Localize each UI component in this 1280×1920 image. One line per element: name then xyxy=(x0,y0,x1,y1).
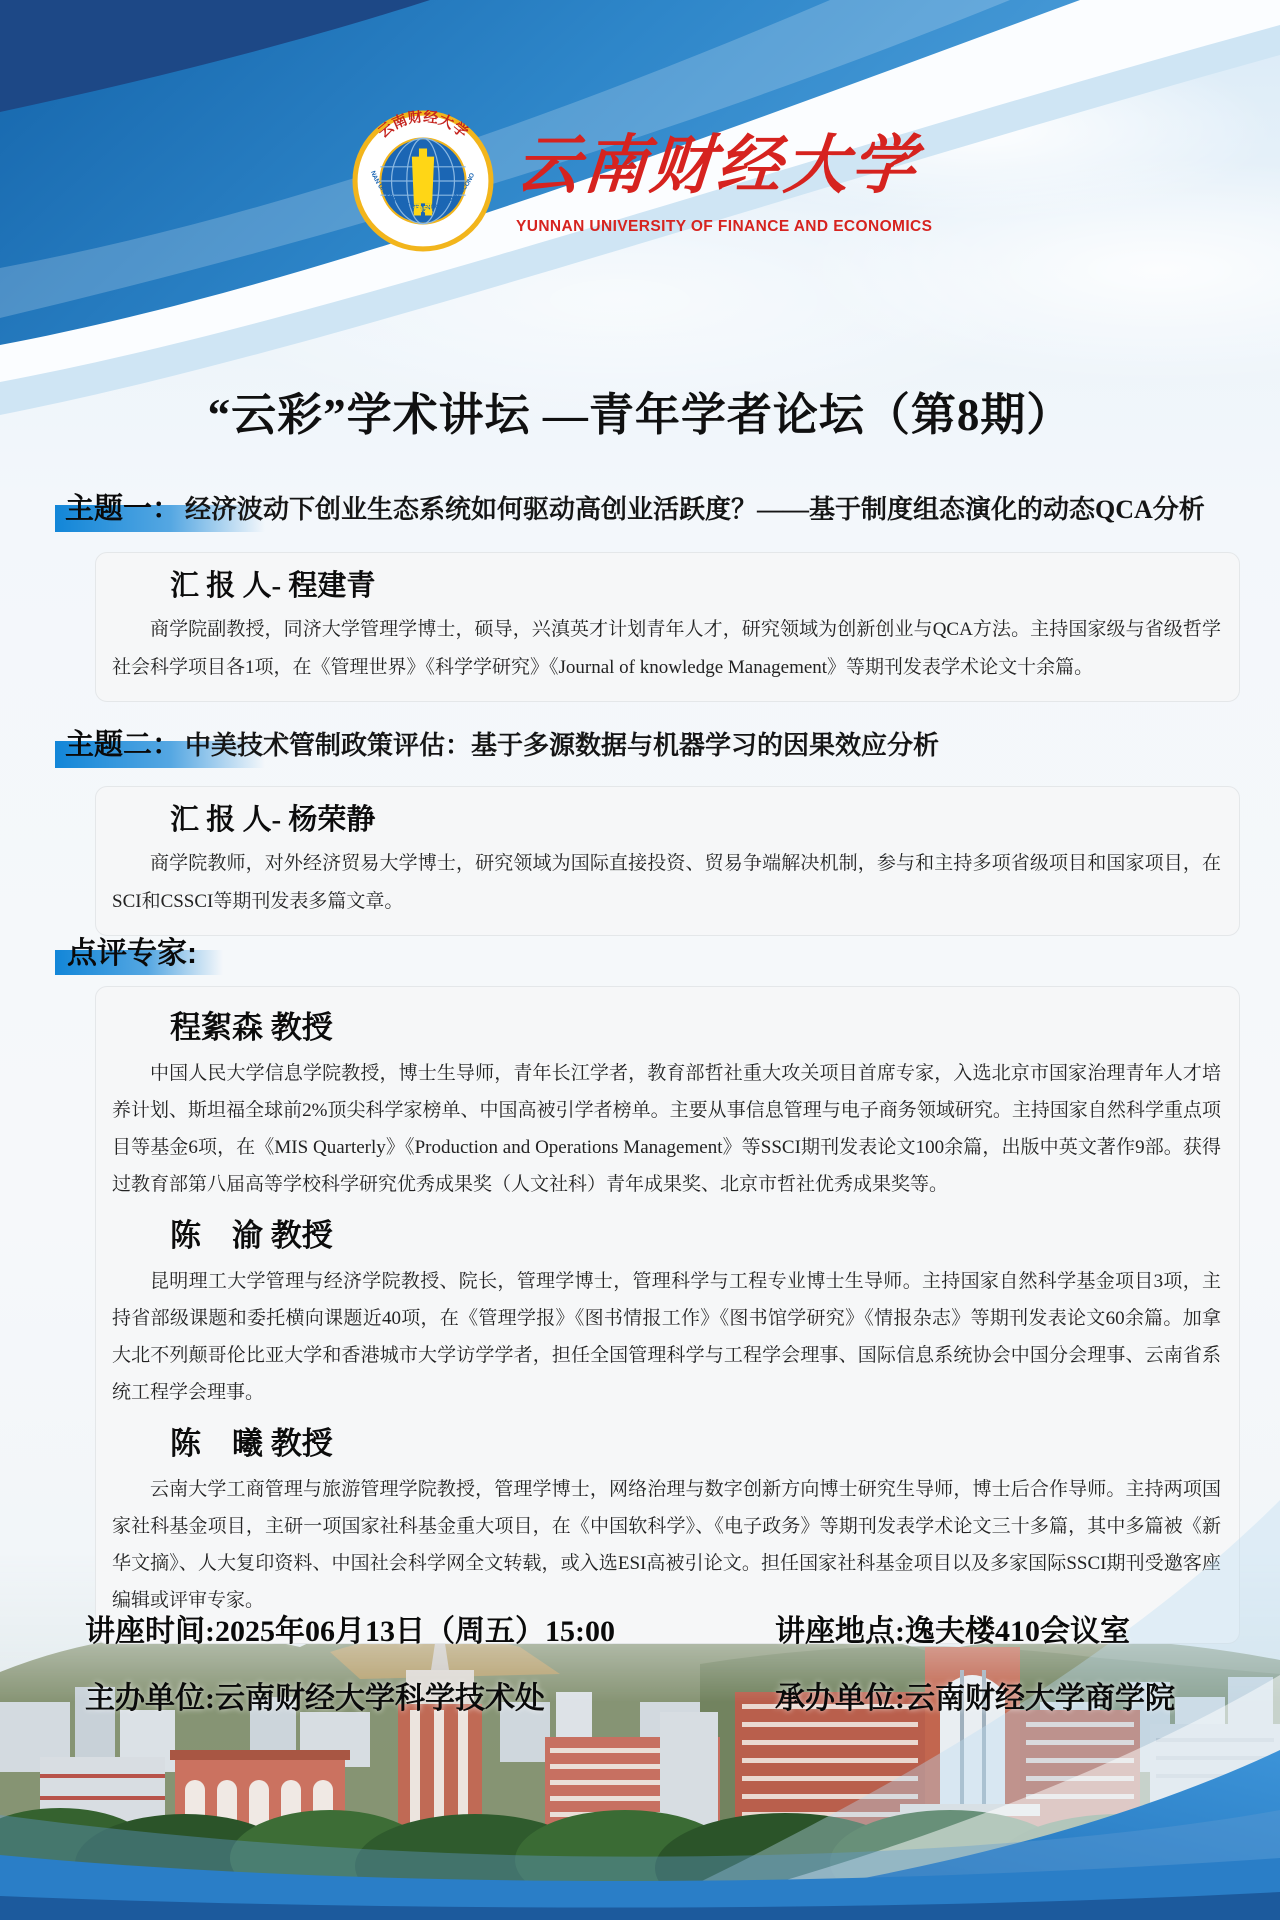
lecture-poster: 云南财经大学 YUNNAN UNIVERSITY OF FINANCE AND … xyxy=(0,0,1280,1920)
topic-1-speaker-card: 汇 报 人- 程建青 商学院副教授，同济大学管理学博士，硕导，兴滇英才计划青年人… xyxy=(95,552,1240,702)
topic-2-speaker-bio: 商学院教师，对外经济贸易大学博士，研究领域为国际直接投资、贸易争端解决机制，参与… xyxy=(112,845,1221,921)
lecture-location: 讲座地点:逸夫楼410会议室 xyxy=(775,1612,1175,1652)
topic-1-row: 主题一： 经济波动下创业生态系统如何驱动高创业活跃度？——基于制度组态演化的动态… xyxy=(55,486,1205,532)
topic-2-title: 中美技术管制政策评估：基于多源数据与机器学习的因果效应分析 xyxy=(185,725,939,762)
topic-1-speaker-name: 汇 报 人- 程建青 xyxy=(170,565,1221,607)
expert-1-bio: 中国人民大学信息学院教授，博士生导师，青年长江学者，教育部哲社重大攻关项目首席专… xyxy=(112,1055,1221,1203)
topic-2-speaker-name: 汇 报 人- 杨荣静 xyxy=(170,799,1221,841)
footer-left-column: 讲座时间:2025年06月13日（周五）15:00 主办单位:云南财经大学科学技… xyxy=(85,1612,615,1746)
expert-2-name: 陈 渝 教授 xyxy=(170,1213,1221,1259)
experts-label-row: 点评专家: xyxy=(55,928,197,974)
host-unit: 主办单位:云南财经大学科学技术处 xyxy=(85,1679,615,1719)
university-name-en: YUNNAN UNIVERSITY OF FINANCE AND ECONOMI… xyxy=(516,218,932,236)
emblem-year-text: 1951 xyxy=(413,204,433,214)
topic-1-speaker-bio: 商学院副教授，同济大学管理学博士，硕导，兴滇英才计划青年人才，研究领域为创新创业… xyxy=(112,611,1221,687)
experts-label: 点评专家: xyxy=(55,928,197,972)
topic-2-row: 主题二： 中美技术管制政策评估：基于多源数据与机器学习的因果效应分析 xyxy=(55,722,939,768)
expert-1: 程絮森 教授 中国人民大学信息学院教授，博士生导师，青年长江学者，教育部哲社重大… xyxy=(112,1005,1221,1203)
header: 云南财经大学 YUNNAN UNIVERSITY OF FINANCE AND … xyxy=(352,110,932,252)
expert-2: 陈 渝 教授 昆明理工大学管理与经济学院教授、院长，管理学博士，管理科学与工程专… xyxy=(112,1213,1221,1411)
poster-title: “云彩”学术讲坛 —青年学者论坛（第8期） xyxy=(0,378,1280,443)
lecture-time: 讲座时间:2025年06月13日（周五）15:00 xyxy=(85,1612,615,1652)
topic-2-speaker-card: 汇 报 人- 杨荣静 商学院教师，对外经济贸易大学博士，研究领域为国际直接投资、… xyxy=(95,786,1240,936)
topic-1-title: 经济波动下创业生态系统如何驱动高创业活跃度？——基于制度组态演化的动态QCA分析 xyxy=(185,489,1205,526)
header-text: 云南财经大学 YUNNAN UNIVERSITY OF FINANCE AND … xyxy=(516,110,932,236)
university-name-cn: 云南财经大学 xyxy=(513,118,936,214)
expert-2-bio: 昆明理工大学管理与经济学院教授、院长，管理学博士，管理科学与工程专业博士生导师。… xyxy=(112,1263,1221,1411)
university-emblem-logo: 云南财经大学 YUNNAN UNIVERSITY OF FINANCE AND … xyxy=(352,110,494,252)
expert-1-name: 程絮森 教授 xyxy=(170,1005,1221,1051)
footer-right-column: 讲座地点:逸夫楼410会议室 承办单位:云南财经大学商学院 xyxy=(775,1612,1175,1746)
topic-1-label: 主题一： xyxy=(55,486,181,527)
topic-2-label: 主题二： xyxy=(55,722,181,763)
organizer-unit: 承办单位:云南财经大学商学院 xyxy=(775,1679,1175,1719)
